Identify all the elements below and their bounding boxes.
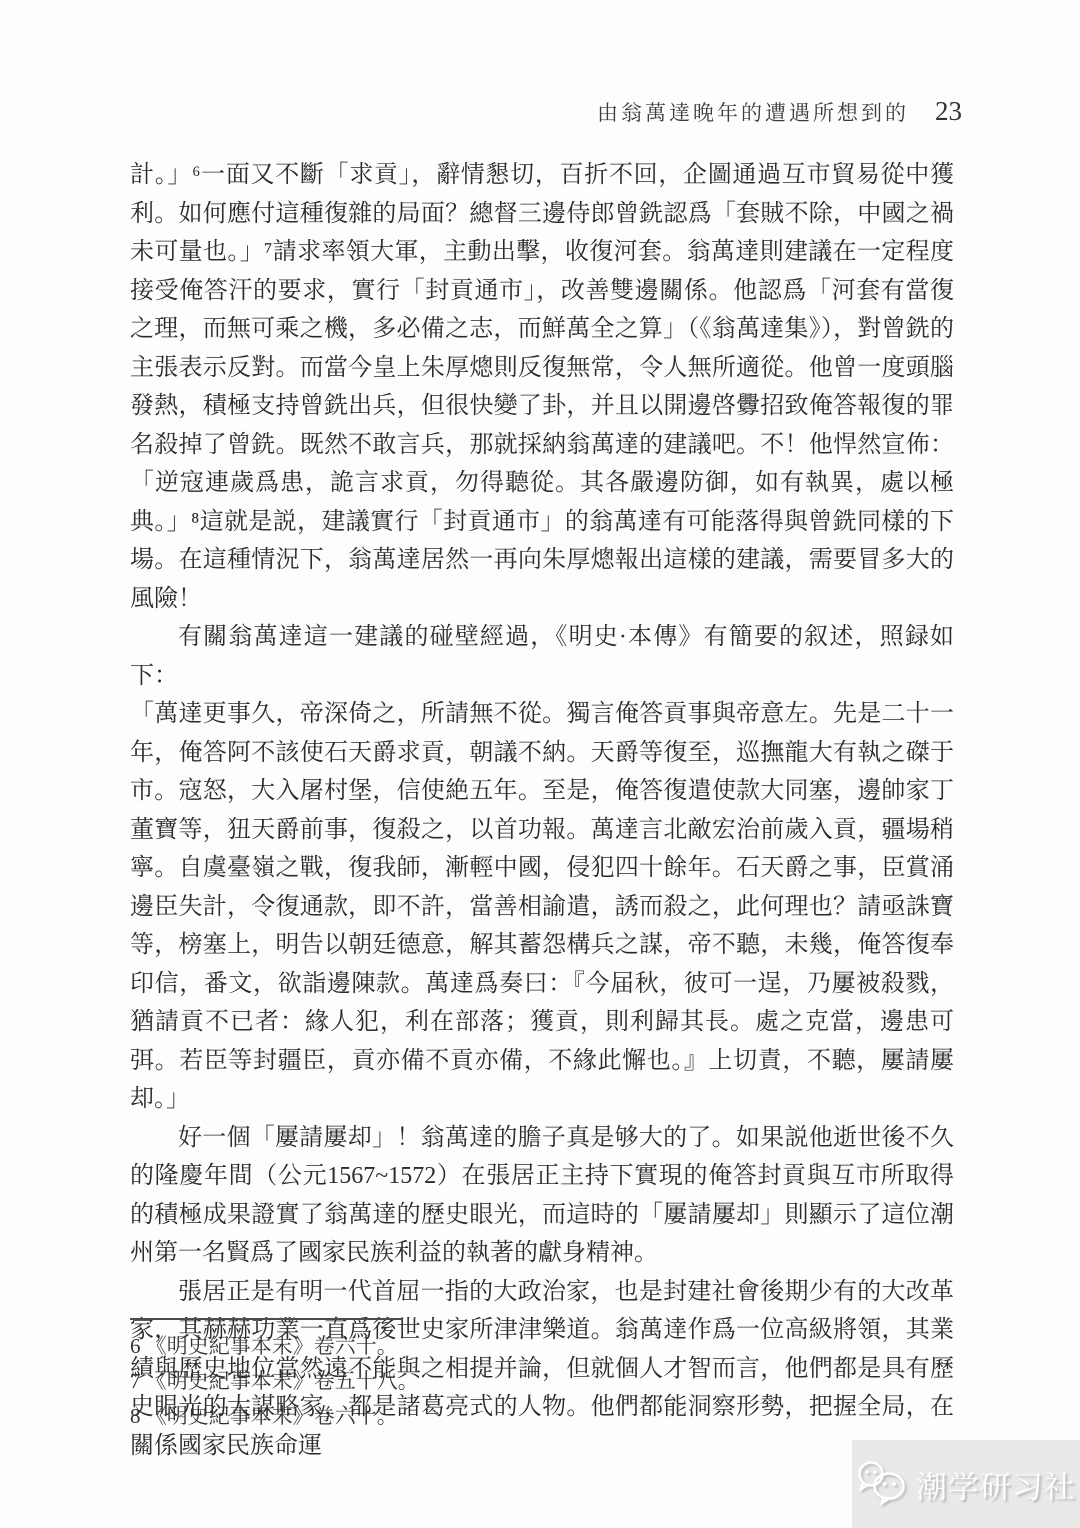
paragraph-continuation: 計。」⁶一面又不斷「求貢」，辭情懇切，百折不回，企圖通過互市貿易從中獲利。如何應… [130, 156, 954, 618]
footnote-7: 7 《明史紀事本末》卷五十八。 [130, 1364, 954, 1399]
paragraph-intro-quote: 有關翁萬達這一建議的碰壁經過，《明史·本傳》有簡要的叙述，照録如下： [130, 618, 954, 695]
wechat-chat-bubbles-icon [856, 1459, 908, 1510]
footnote-8: 8 《明史紀事本末》卷六十。 [130, 1399, 954, 1434]
paragraph-mingshi-quote: 「萬達更事久，帝深倚之，所請無不從。獨言俺答貢事與帝意左。先是二十一年，俺答阿不… [130, 695, 954, 1119]
paragraph-comment: 好一個「屢請屢却」！翁萬達的膽子真是够大的了。如果説他逝世後不久的隆慶年間（公元… [130, 1119, 954, 1273]
running-header: 由翁萬達晚年的遭遇所想到的 23 [597, 96, 962, 127]
footnote-6: 6 《明史紀事本末》卷六十。 [130, 1329, 954, 1364]
page-number: 23 [935, 96, 962, 127]
body-text: 計。」⁶一面又不斷「求貢」，辭情懇切，百折不回，企圖通過互市貿易從中獲利。如何應… [130, 156, 954, 1465]
running-header-title: 由翁萬達晚年的遭遇所想到的 [597, 97, 909, 127]
footnote-divider [130, 1318, 402, 1320]
footnotes: 6 《明史紀事本末》卷六十。 7 《明史紀事本末》卷五十八。 8 《明史紀事本末… [130, 1318, 954, 1434]
watermark-badge: 潮学研习社 [852, 1440, 1080, 1528]
watermark-label: 潮学研习社 [916, 1462, 1076, 1507]
book-page: 由翁萬達晚年的遭遇所想到的 23 計。」⁶一面又不斷「求貢」，辭情懇切，百折不回… [0, 0, 1080, 1528]
